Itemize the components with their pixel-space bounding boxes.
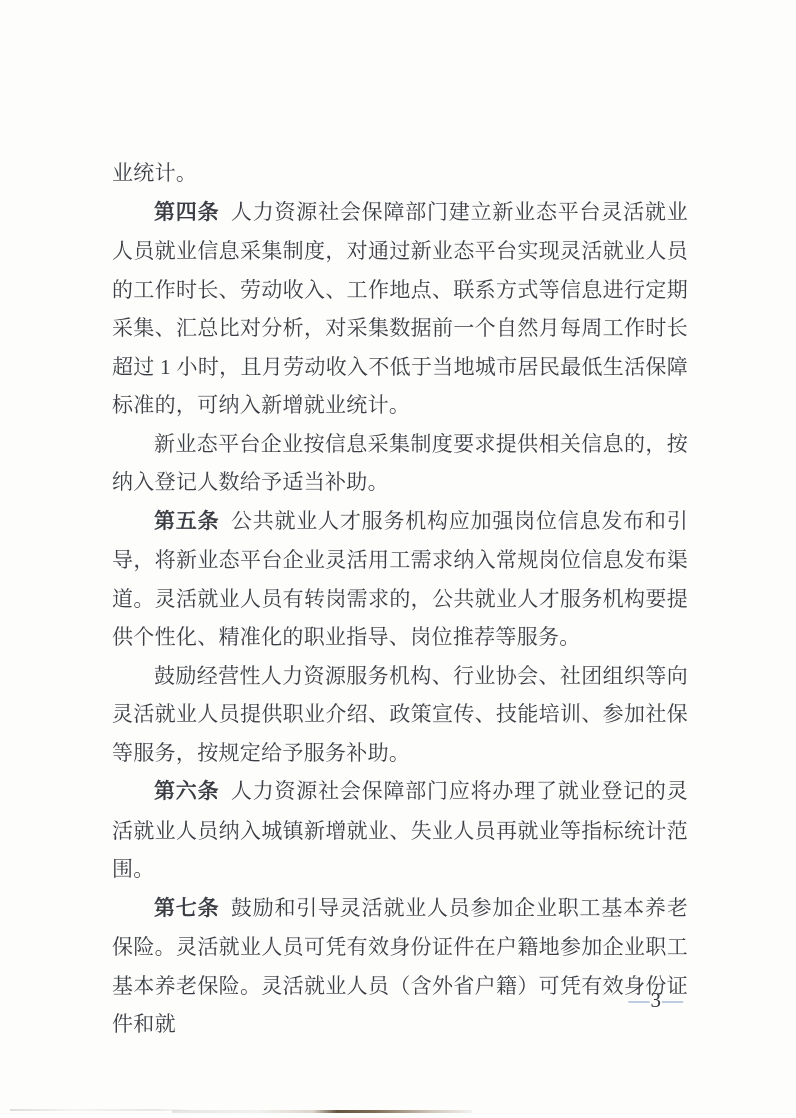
paragraph-text: 鼓励经营性人力资源服务机构、行业协会、社团组织等向灵活就业人员提供职业介绍、政策… [112,664,688,765]
article-number: 第四条 [154,201,219,224]
paragraph: 第六条人力资源社会保障部门应将办理了就业登记的灵活就业人员纳入城镇新增就业、失业… [112,772,688,889]
document-body: 业统计。 第四条人力资源社会保障部门建立新业态平台灵活就业人员就业信息采集制度，… [112,154,688,1044]
paragraph-text: 人力资源社会保障部门建立新业态平台灵活就业人员就业信息采集制度，对通过新业态平台… [112,200,688,418]
article-number: 第七条 [154,897,219,920]
paragraph: 鼓励经营性人力资源服务机构、行业协会、社团组织等向灵活就业人员提供职业介绍、政策… [112,657,688,773]
paragraph: 第四条人力资源社会保障部门建立新业态平台灵活就业人员就业信息采集制度，对通过新业… [112,193,688,425]
paragraph: 第七条鼓励和引导灵活就业人员参加企业职工基本养老保险。灵活就业人员可凭有效身份证… [112,889,688,1044]
paragraph-text: 新业态平台企业按信息采集制度要求提供相关信息的，按纳入登记人数给予适当补助。 [112,432,688,495]
article-number: 第六条 [154,780,219,803]
article-number: 第五条 [154,510,219,533]
scan-edge-artifact-left [10,1109,190,1111]
scan-edge-artifact [172,1110,472,1113]
page-number: —3— [629,988,685,1013]
paragraph-text: 业统计。 [112,161,197,185]
paragraph: 业统计。 [112,154,688,193]
paragraph: 第五条公共就业人才服务机构应加强岗位信息发布和引导，将新业态平台企业灵活用工需求… [112,502,688,657]
page-number-dash-left: — [629,988,651,1012]
scanned-document-page: 业统计。 第四条人力资源社会保障部门建立新业态平台灵活就业人员就业信息采集制度，… [0,0,796,1118]
page-number-value: 3 [651,988,663,1012]
page-number-dash-right: — [662,988,684,1012]
paragraph: 新业态平台企业按信息采集制度要求提供相关信息的，按纳入登记人数给予适当补助。 [112,425,688,502]
